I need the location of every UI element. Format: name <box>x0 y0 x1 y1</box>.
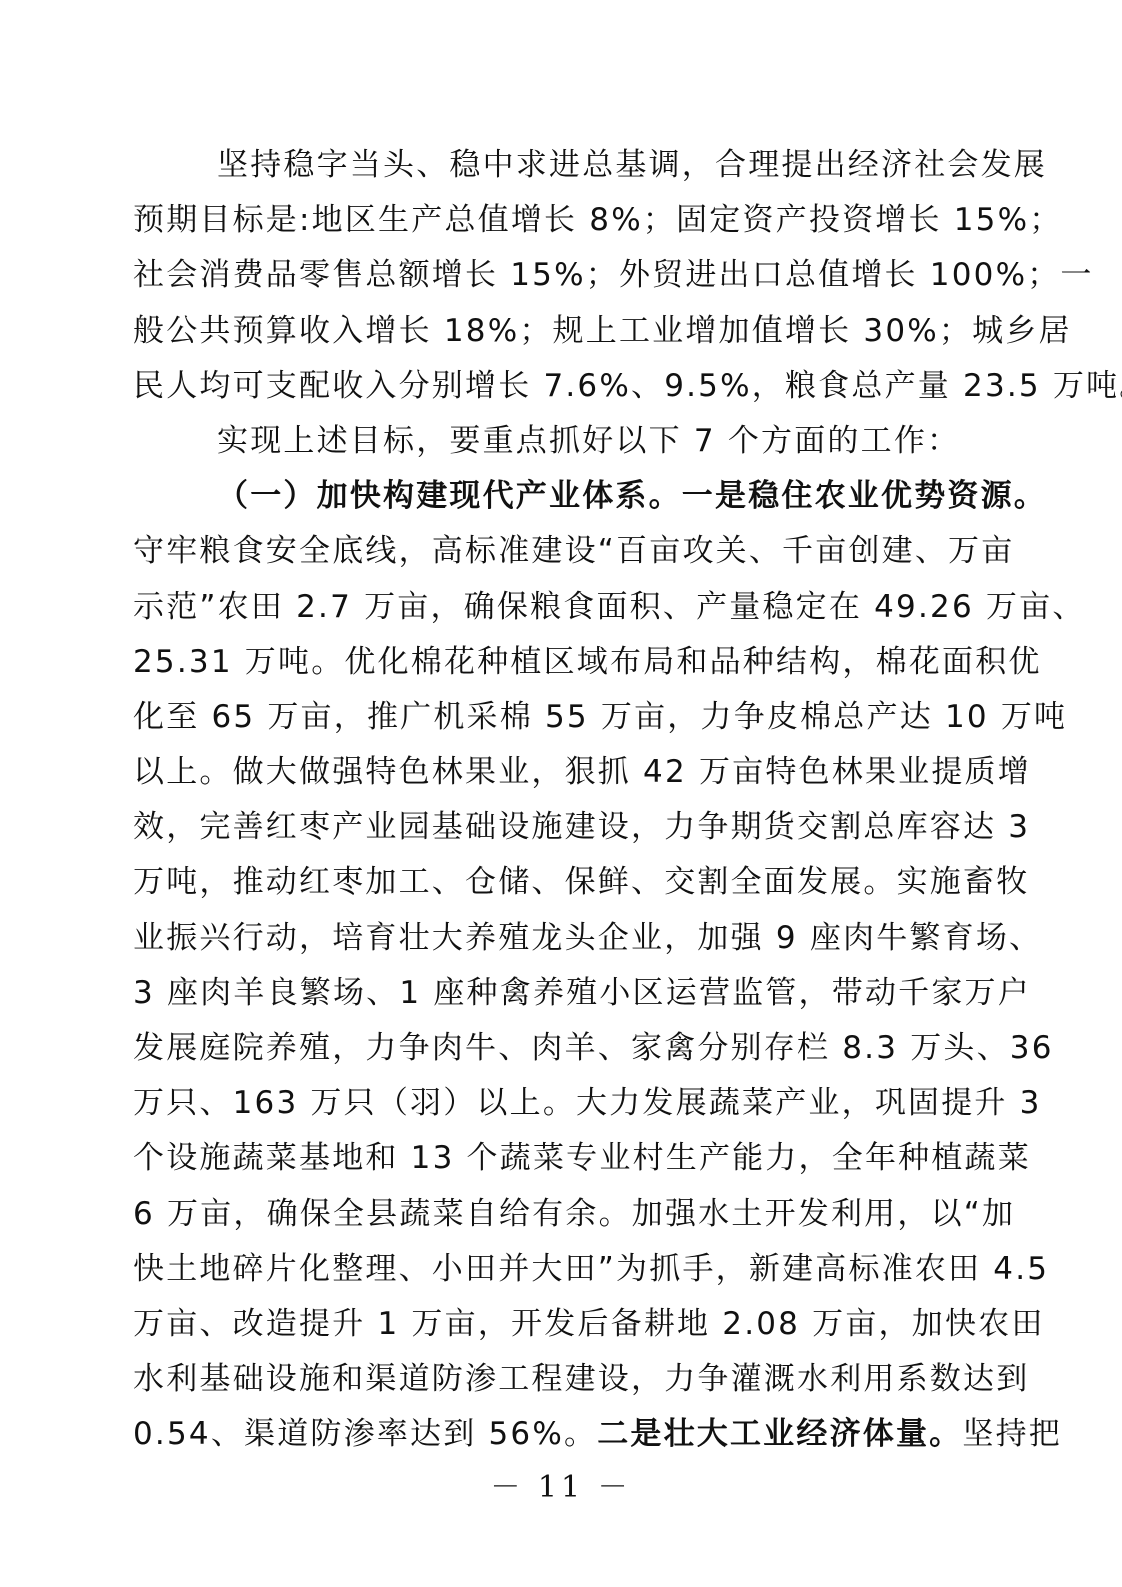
text-line: 万亩、改造提升 1 万亩，开发后备耕地 2.08 万亩，加快农田 <box>133 1297 979 1352</box>
text-line: 25.31 万吨。优化棉花种植区域布局和品种结构，棉花面积优 <box>133 635 979 690</box>
text-run: 坚持把 <box>962 1416 1062 1452</box>
text-line: 个设施蔬菜基地和 13 个蔬菜专业村生产能力，全年种植蔬菜 <box>133 1131 979 1186</box>
text-line: 业振兴行动，培育壮大养殖龙头企业，加强 9 座肉牛繁育场、 <box>133 911 979 966</box>
text-run: 0.54、渠道防渗率达到 56%。 <box>133 1416 597 1452</box>
text-line: 万只、163 万只（羽）以上。大力发展蔬菜产业，巩固提升 3 <box>133 1076 979 1131</box>
text-line: 以上。做大做强特色林果业，狠抓 42 万亩特色林果业提质增 <box>133 745 979 800</box>
text-line: 预期目标是:地区生产总值增长 8%；固定资产投资增长 15%； <box>133 193 979 248</box>
text-line: 发展庭院养殖，力争肉牛、肉羊、家禽分别存栏 8.3 万头、36 <box>133 1021 979 1076</box>
text-line: 水利基础设施和渠道防渗工程建设，力争灌溉水利用系数达到 <box>133 1352 979 1407</box>
body-text: 坚持稳字当头、稳中求进总基调，合理提出经济社会发展 预期目标是:地区生产总值增长… <box>133 138 979 1463</box>
text-line: 实现上述目标，要重点抓好以下 7 个方面的工作： <box>133 414 979 469</box>
subsection-heading: 二是壮大工业经济体量。 <box>597 1416 962 1452</box>
text-line: 3 座肉羊良繁场、1 座种禽养殖小区运营监管，带动千家万户 <box>133 966 979 1021</box>
text-line: 守牢粮食安全底线，高标准建设“百亩攻关、千亩创建、万亩 <box>133 524 979 579</box>
text-line: 0.54、渠道防渗率达到 56%。二是壮大工业经济体量。坚持把 <box>133 1407 979 1462</box>
text-line: 万吨，推动红枣加工、仓储、保鲜、交割全面发展。实施畜牧 <box>133 855 979 910</box>
text-line: 般公共预算收入增长 18%；规上工业增加值增长 30%；城乡居 <box>133 304 979 359</box>
document-page: 坚持稳字当头、稳中求进总基调，合理提出经济社会发展 预期目标是:地区生产总值增长… <box>0 0 1122 1587</box>
text-line: 效，完善红枣产业园基础设施建设，力争期货交割总库容达 3 <box>133 800 979 855</box>
text-line: 化至 65 万亩，推广机采棉 55 万亩，力争皮棉总产达 10 万吨 <box>133 690 979 745</box>
page-number: － 11 － <box>0 1462 1122 1506</box>
text-line: 快土地碎片化整理、小田并大田”为抓手，新建高标准农田 4.5 <box>133 1242 979 1297</box>
text-line: 民人均可支配收入分别增长 7.6%、9.5%，粮食总产量 23.5 万吨。 <box>133 359 979 414</box>
text-line: 坚持稳字当头、稳中求进总基调，合理提出经济社会发展 <box>133 138 979 193</box>
text-line: 6 万亩，确保全县蔬菜自给有余。加强水土开发利用，以“加 <box>133 1187 979 1242</box>
text-line: 示范”农田 2.7 万亩，确保粮食面积、产量稳定在 49.26 万亩、 <box>133 580 979 635</box>
section-heading: （一）加快构建现代产业体系。一是稳住农业优势资源。 <box>133 469 979 524</box>
text-line: 社会消费品零售总额增长 15%；外贸进出口总值增长 100%；一 <box>133 248 979 303</box>
